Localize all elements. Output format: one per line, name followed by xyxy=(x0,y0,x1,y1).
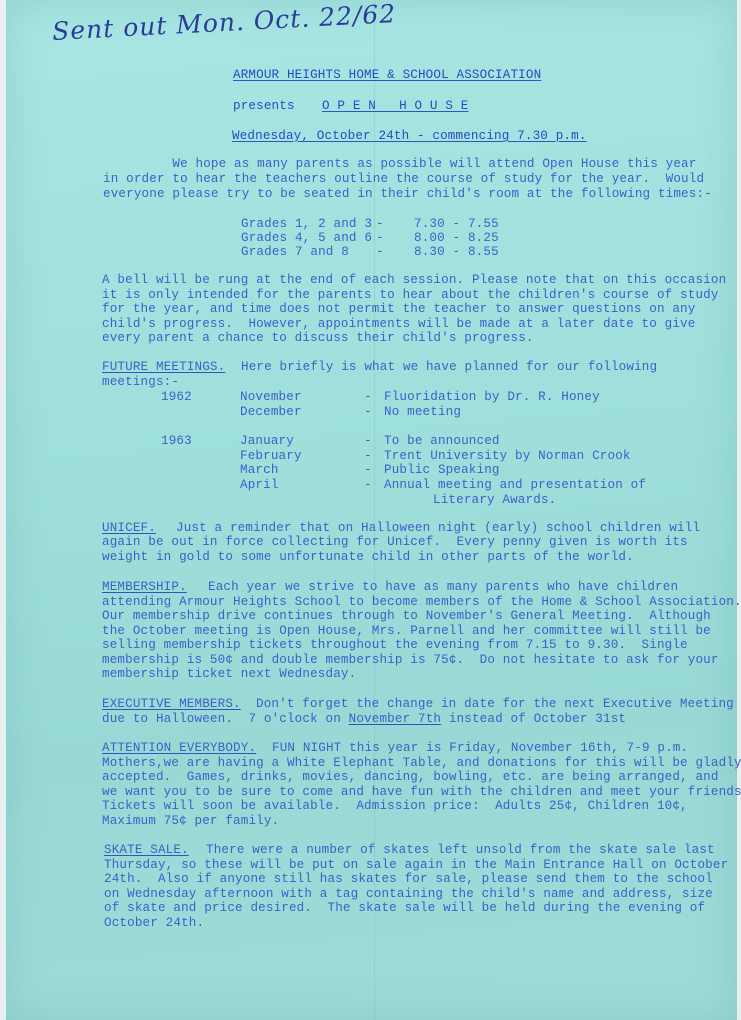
schedule-time: 7.30 - 7.55 xyxy=(414,217,499,232)
section-heading: EXECUTIVE MEMBERS. xyxy=(102,697,241,712)
meeting-topic: Public Speaking xyxy=(384,463,500,478)
presents-label: presents xyxy=(233,99,295,114)
section-heading: ATTENTION EVERYBODY. xyxy=(102,741,256,756)
schedule-grades: Grades 4, 5 and 6 xyxy=(241,231,372,246)
meeting-month: April xyxy=(240,478,279,493)
meeting-month: December xyxy=(240,405,302,420)
section-heading: UNICEF. xyxy=(102,521,156,536)
meeting-month: November xyxy=(240,390,302,405)
organization-title: ARMOUR HEIGHTS HOME & SCHOOL ASSOCIATION xyxy=(233,68,541,83)
meeting-month: March xyxy=(240,463,279,478)
handwritten-note: Sent out Mon. Oct. 22/62 xyxy=(51,0,396,46)
meeting-topic-cont: Literary Awards. xyxy=(433,493,556,508)
event-date-line: Wednesday, October 24th - commencing 7.3… xyxy=(232,129,587,144)
meeting-year: 1962 xyxy=(161,390,192,405)
event-title: O P E N H O U S E xyxy=(322,99,468,114)
meeting-topic: Trent University by Norman Crook xyxy=(384,449,631,464)
typed-letter-page: Sent out Mon. Oct. 22/62 ARMOUR HEIGHTS … xyxy=(6,0,737,1020)
meeting-topic: Fluoridation by Dr. R. Honey xyxy=(384,390,600,405)
schedule-grades: Grades 1, 2 and 3 xyxy=(241,217,372,232)
meeting-month: February xyxy=(240,449,302,464)
meeting-date: November 7th xyxy=(349,712,442,726)
section-heading: SKATE SALE. xyxy=(104,843,189,858)
schedule-time: 8.00 - 8.25 xyxy=(414,231,499,246)
meeting-topic: To be announced xyxy=(384,434,500,449)
schedule-time: 8.30 - 8.55 xyxy=(414,245,499,260)
section-heading: MEMBERSHIP. xyxy=(102,580,187,595)
schedule-grades: Grades 7 and 8 xyxy=(241,245,349,260)
meeting-topic: No meeting xyxy=(384,405,461,420)
section-heading: FUTURE MEETINGS. xyxy=(102,360,225,375)
meeting-year: 1963 xyxy=(161,434,192,449)
meeting-month: January xyxy=(240,434,294,449)
meeting-topic: Annual meeting and presentation of xyxy=(384,478,646,493)
